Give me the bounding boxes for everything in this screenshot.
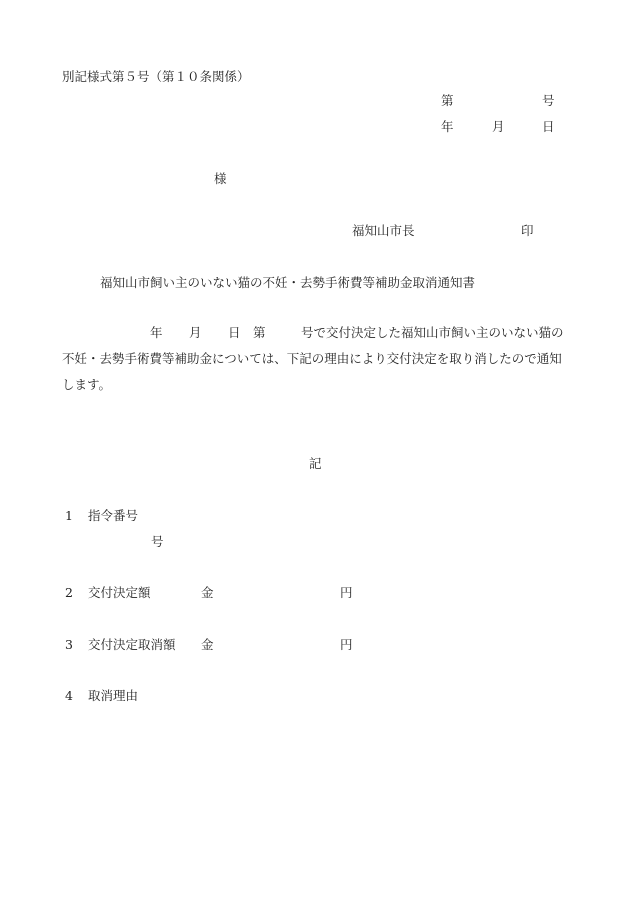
item-2-yen: 円 (340, 587, 353, 600)
item-3-yen: 円 (340, 639, 353, 652)
item-3-number: 3 (65, 639, 73, 652)
item-1-number: 1 (65, 510, 73, 523)
item-1-label: 指令番号 (88, 510, 138, 523)
item-4-number: 4 (65, 690, 73, 703)
body-line1-rest: 号で交付決定した福知山市飼い主のいない猫の (301, 327, 564, 340)
sender-name: 福知山市長 (352, 225, 415, 238)
number-suffix: 号 (542, 95, 555, 108)
date-day: 日 (542, 121, 555, 134)
ki-heading: 記 (309, 458, 322, 471)
item-4-label: 取消理由 (88, 690, 138, 703)
number-prefix: 第 (441, 95, 454, 108)
item-3-label: 交付決定取消額 (88, 639, 176, 652)
body-no-prefix: 第 (253, 327, 266, 340)
body-day: 日 (228, 327, 241, 340)
item-3-kin: 金 (201, 639, 214, 652)
item-1-number-suffix: 号 (151, 536, 164, 549)
body-year: 年 (150, 327, 163, 340)
body-line3: します。 (62, 379, 111, 392)
addressee-honorific: 様 (214, 173, 227, 186)
body-month: 月 (189, 327, 202, 340)
item-2-kin: 金 (201, 587, 214, 600)
form-label: 別記様式第５号（第１０条関係） (62, 71, 250, 84)
body-line2: 不妊・去勢手術費等補助金については、下記の理由により交付決定を取り消したので通知 (62, 353, 562, 366)
date-year: 年 (441, 121, 454, 134)
item-2-number: 2 (65, 587, 73, 600)
item-2-label: 交付決定額 (88, 587, 151, 600)
seal-mark: 印 (521, 225, 534, 238)
date-month: 月 (492, 121, 505, 134)
document-title: 福知山市飼い主のいない猫の不妊・去勢手術費等補助金取消通知書 (100, 277, 475, 290)
